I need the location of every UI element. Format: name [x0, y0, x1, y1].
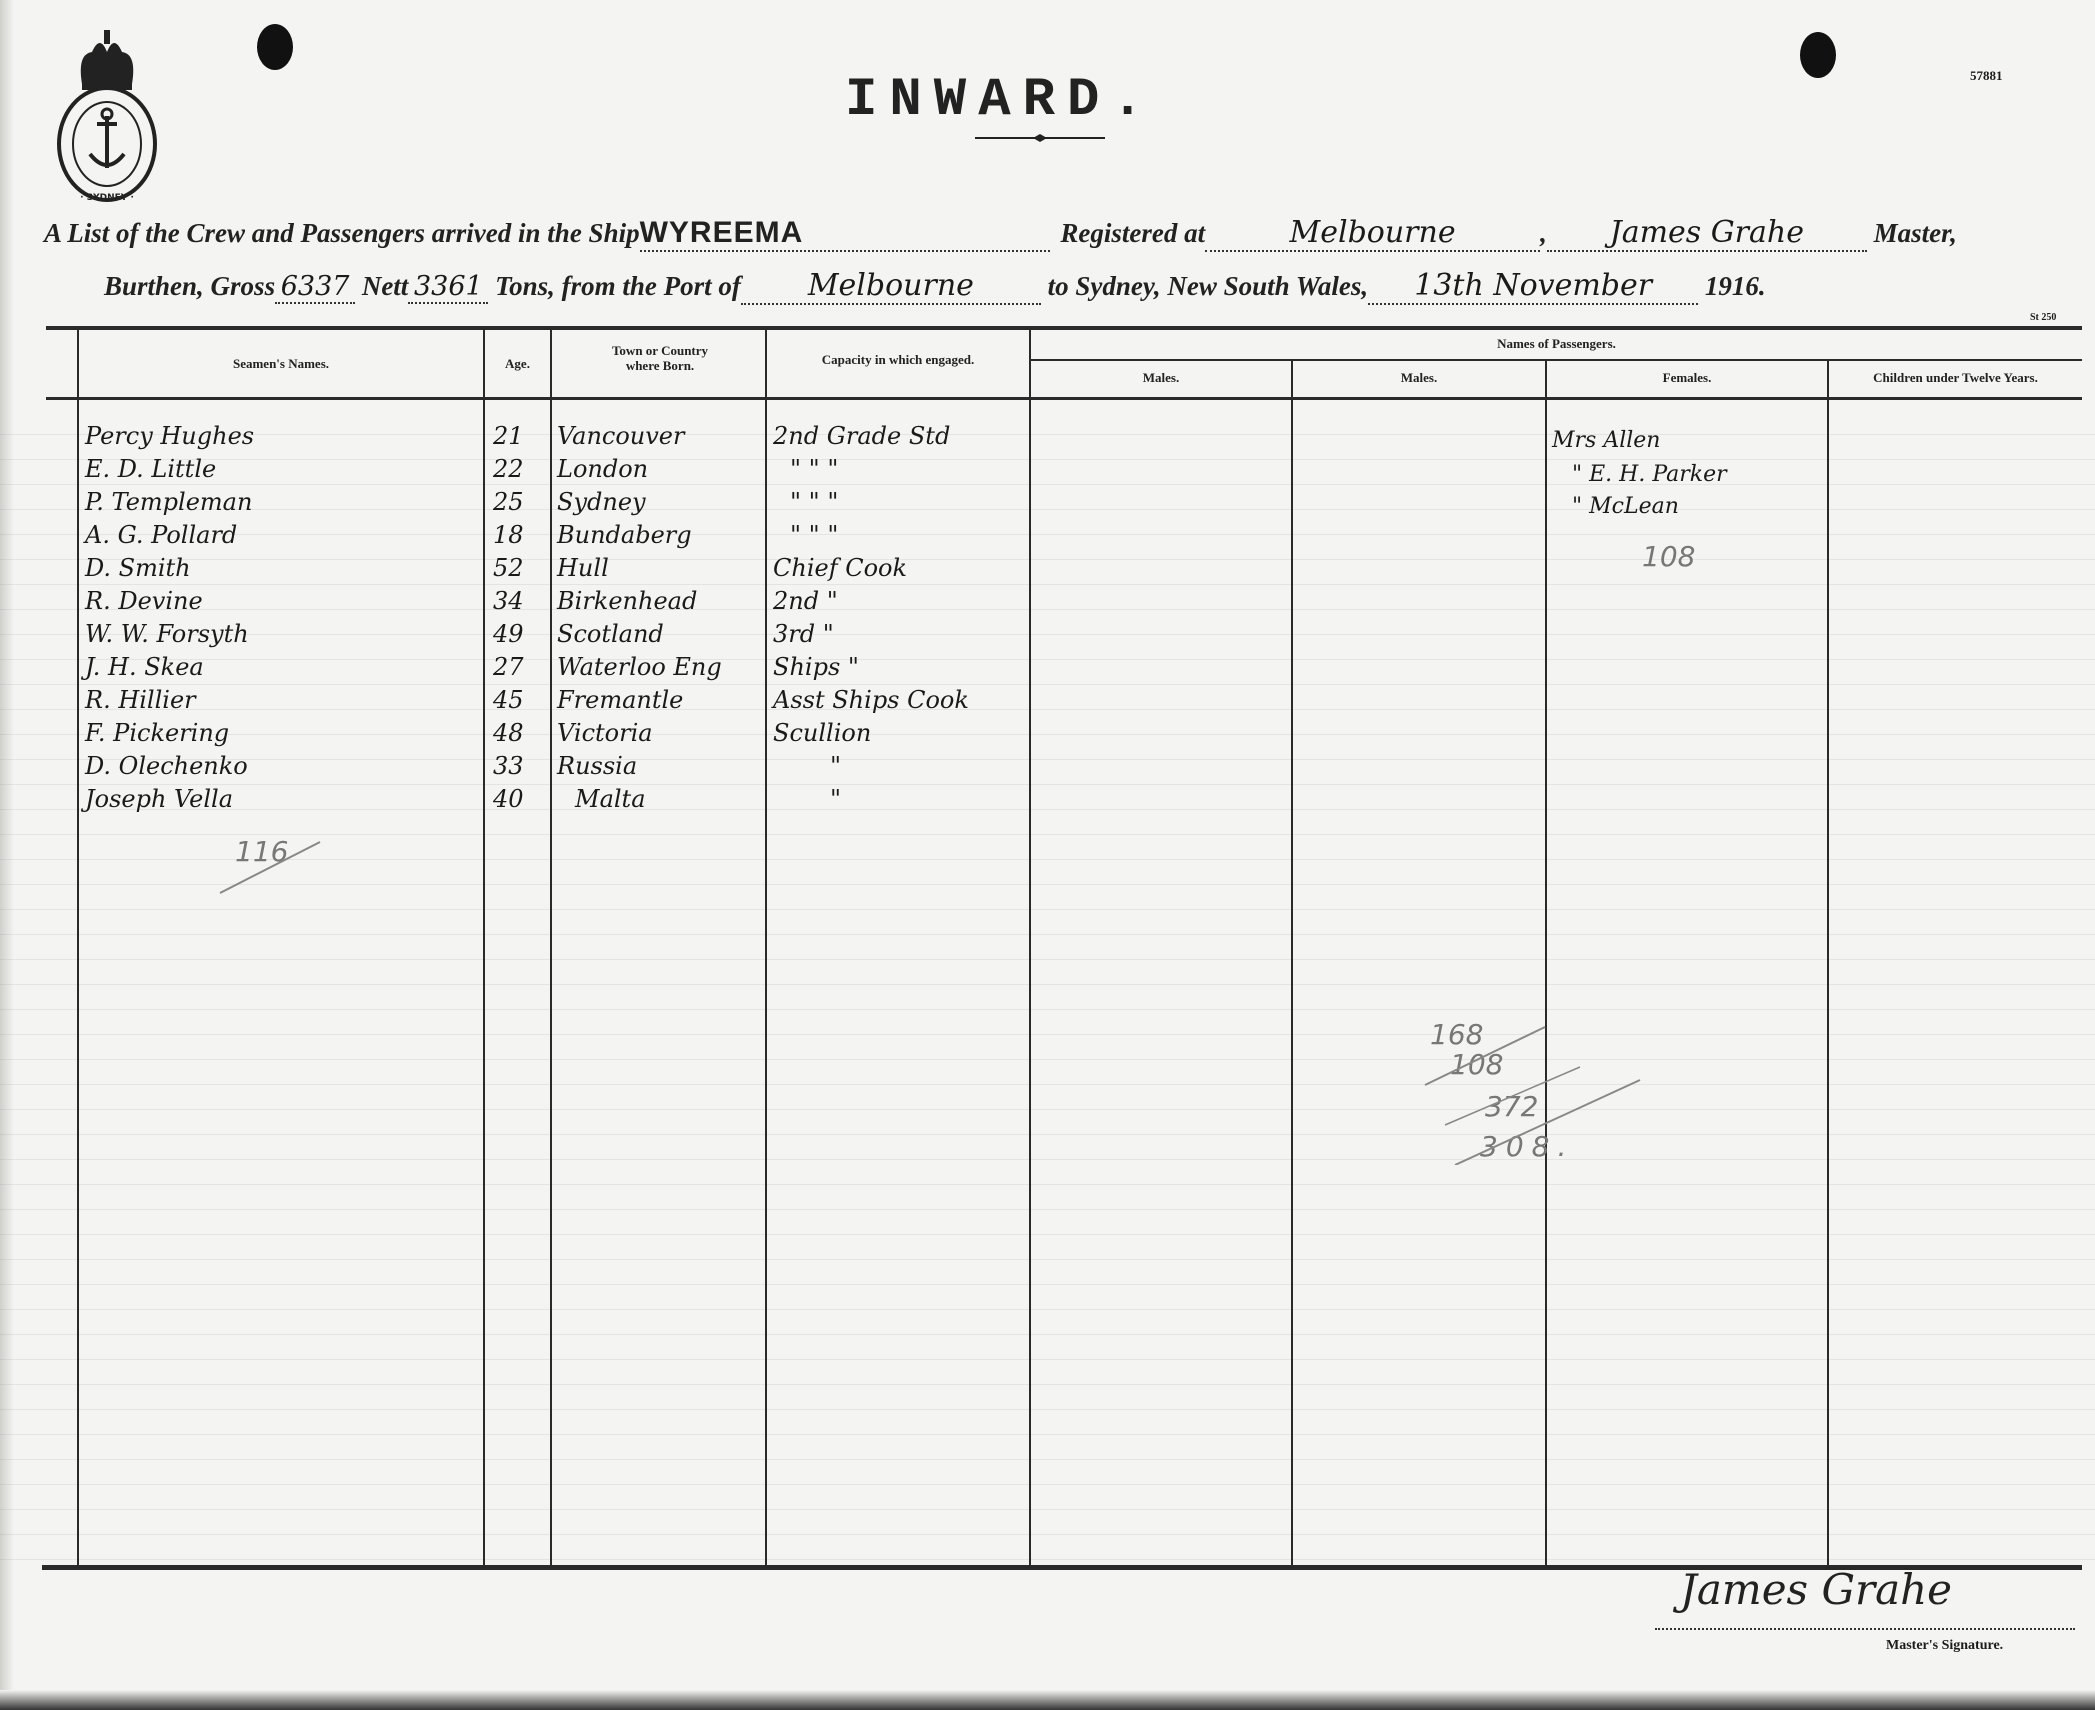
- table-top-rule: [46, 326, 2082, 330]
- seaman-capacity: Chief Cook: [773, 554, 907, 582]
- list-title-prefix: A List of the Crew and Passengers arrive…: [44, 218, 640, 248]
- page-bottom-edge: [0, 1690, 2095, 1710]
- col-header-age: Age.: [485, 356, 550, 371]
- seaman-name: Joseph Vella: [85, 785, 233, 813]
- col-header-males-2: Males.: [1293, 370, 1545, 385]
- gross-tons-value: 6337: [275, 271, 355, 304]
- col-header-seamen-names: Seamen's Names.: [79, 356, 483, 371]
- column-divider: [1545, 361, 1547, 1566]
- seaman-capacity: 2nd ": [773, 587, 838, 615]
- seaman-birthplace: London: [557, 455, 648, 483]
- pencil-stroke: [215, 838, 325, 898]
- page-title: INWARD.: [845, 70, 1156, 131]
- signature-line: [1655, 1628, 2075, 1630]
- column-divider: [77, 330, 79, 1566]
- seaman-capacity: Asst Ships Cook: [773, 686, 969, 714]
- column-divider: [765, 330, 767, 1566]
- seaman-name: Percy Hughes: [85, 422, 254, 450]
- seaman-name: P. Templeman: [85, 488, 252, 516]
- header-bottom-rule: [46, 397, 2082, 400]
- seaman-age: 52: [493, 554, 524, 582]
- nett-tons-value: 3361: [408, 271, 488, 304]
- from-port-value: Melbourne: [741, 268, 1041, 305]
- seaman-name: F. Pickering: [85, 719, 229, 747]
- female-passenger: " E. H. Parker: [1572, 462, 1727, 487]
- seaman-name: D. Olechenko: [85, 752, 248, 780]
- master-signature: James Grahe: [1680, 1565, 1952, 1614]
- column-divider: [483, 330, 485, 1566]
- seaman-age: 40: [493, 785, 524, 813]
- seaman-capacity: 2nd Grade Std: [773, 422, 950, 450]
- col-header-capacity: Capacity in which engaged.: [767, 352, 1029, 367]
- seaman-birthplace: Scotland: [557, 620, 664, 648]
- pencil-tally-lines: [1420, 1015, 1650, 1165]
- pencil-females-total: 108: [1642, 540, 1695, 573]
- seaman-name: R. Hillier: [85, 686, 196, 714]
- seaman-birthplace: Victoria: [557, 719, 653, 747]
- column-divider: [550, 330, 552, 1566]
- col-header-passengers: Names of Passengers.: [1031, 336, 2082, 351]
- seaman-birthplace: Birkenhead: [557, 587, 697, 615]
- column-divider: [1291, 361, 1293, 1566]
- seaman-age: 45: [493, 686, 524, 714]
- punch-hole-right: [1800, 32, 1836, 78]
- seaman-age: 49: [493, 620, 524, 648]
- seaman-capacity: ": [830, 785, 841, 813]
- col-header-town-born: Town or Country where Born.: [600, 343, 720, 373]
- svg-text:· SYDNEY ·: · SYDNEY ·: [80, 193, 134, 203]
- registered-at-value: Melbourne: [1205, 215, 1540, 252]
- seaman-name: E. D. Little: [85, 455, 216, 483]
- form-number: 57881: [1970, 68, 2003, 84]
- print-code: St 250: [2030, 312, 2056, 323]
- burthen-label: Burthen, Gross: [104, 271, 275, 301]
- nett-label: Nett: [362, 271, 409, 301]
- seaman-capacity: " " ": [790, 521, 838, 549]
- col-header-children: Children under Twelve Years.: [1829, 370, 2082, 385]
- seaman-birthplace: Hull: [557, 554, 609, 582]
- column-divider: [1827, 361, 1829, 1566]
- female-passenger: " McLean: [1572, 494, 1679, 519]
- arrival-date-value: 13th November: [1368, 268, 1698, 305]
- header-line-1: A List of the Crew and Passengers arrive…: [44, 215, 1957, 252]
- seaman-capacity: ": [830, 752, 841, 780]
- seaman-age: 25: [493, 488, 524, 516]
- ship-name-field: WYREEMA: [640, 216, 1050, 252]
- master-label: Master,: [1874, 218, 1957, 248]
- ship-name: WYREEMA: [640, 216, 804, 249]
- seaman-name: A. G. Pollard: [85, 521, 237, 549]
- seaman-age: 27: [493, 653, 524, 681]
- seaman-age: 34: [493, 587, 524, 615]
- female-passenger: Mrs Allen: [1552, 428, 1660, 453]
- seaman-birthplace: Bundaberg: [557, 521, 692, 549]
- passenger-subheader-rule: [1030, 359, 2082, 361]
- signature-label: Master's Signature.: [1886, 1638, 2003, 1654]
- ruled-lines: [0, 410, 2095, 1560]
- seaman-name: R. Devine: [85, 587, 203, 615]
- col-header-females: Females.: [1547, 370, 1827, 385]
- seaman-birthplace: Waterloo Eng: [557, 653, 722, 681]
- seaman-age: 22: [493, 455, 524, 483]
- seaman-age: 18: [493, 521, 524, 549]
- seaman-birthplace: Sydney: [557, 488, 646, 516]
- seaman-capacity: Scullion: [773, 719, 871, 747]
- seaman-age: 21: [493, 422, 524, 450]
- seaman-birthplace: Malta: [575, 785, 646, 813]
- seaman-age: 48: [493, 719, 524, 747]
- arrival-year: 1916.: [1705, 271, 1766, 301]
- seaman-capacity: Ships ": [773, 653, 859, 681]
- tons-from-label: Tons, from the Port of: [495, 271, 741, 301]
- seaman-name: J. H. Skea: [85, 653, 204, 681]
- column-divider: [1029, 330, 1031, 1566]
- col-header-males-1: Males.: [1031, 370, 1291, 385]
- registered-label: Registered at: [1060, 218, 1205, 248]
- punch-hole-left: [257, 24, 293, 70]
- seaman-capacity: " " ": [790, 488, 838, 516]
- seaman-age: 33: [493, 752, 524, 780]
- seaman-birthplace: Russia: [557, 752, 637, 780]
- seaman-name: D. Smith: [85, 554, 191, 582]
- destination-label: to Sydney, New South Wales,: [1048, 271, 1369, 301]
- seaman-birthplace: Vancouver: [557, 422, 684, 450]
- shipping-masters-seal-icon: · SYDNEY ·: [52, 24, 162, 204]
- seaman-name: W. W. Forsyth: [85, 620, 249, 648]
- seaman-capacity: " " ": [790, 455, 838, 483]
- header-line-2: Burthen, Gross6337 Nett3361 Tons, from t…: [104, 268, 1766, 305]
- master-name-value: James Grahe: [1547, 215, 1867, 252]
- seaman-capacity: 3rd ": [773, 620, 834, 648]
- seaman-birthplace: Fremantle: [557, 686, 683, 714]
- title-ornament-icon: [975, 134, 1105, 142]
